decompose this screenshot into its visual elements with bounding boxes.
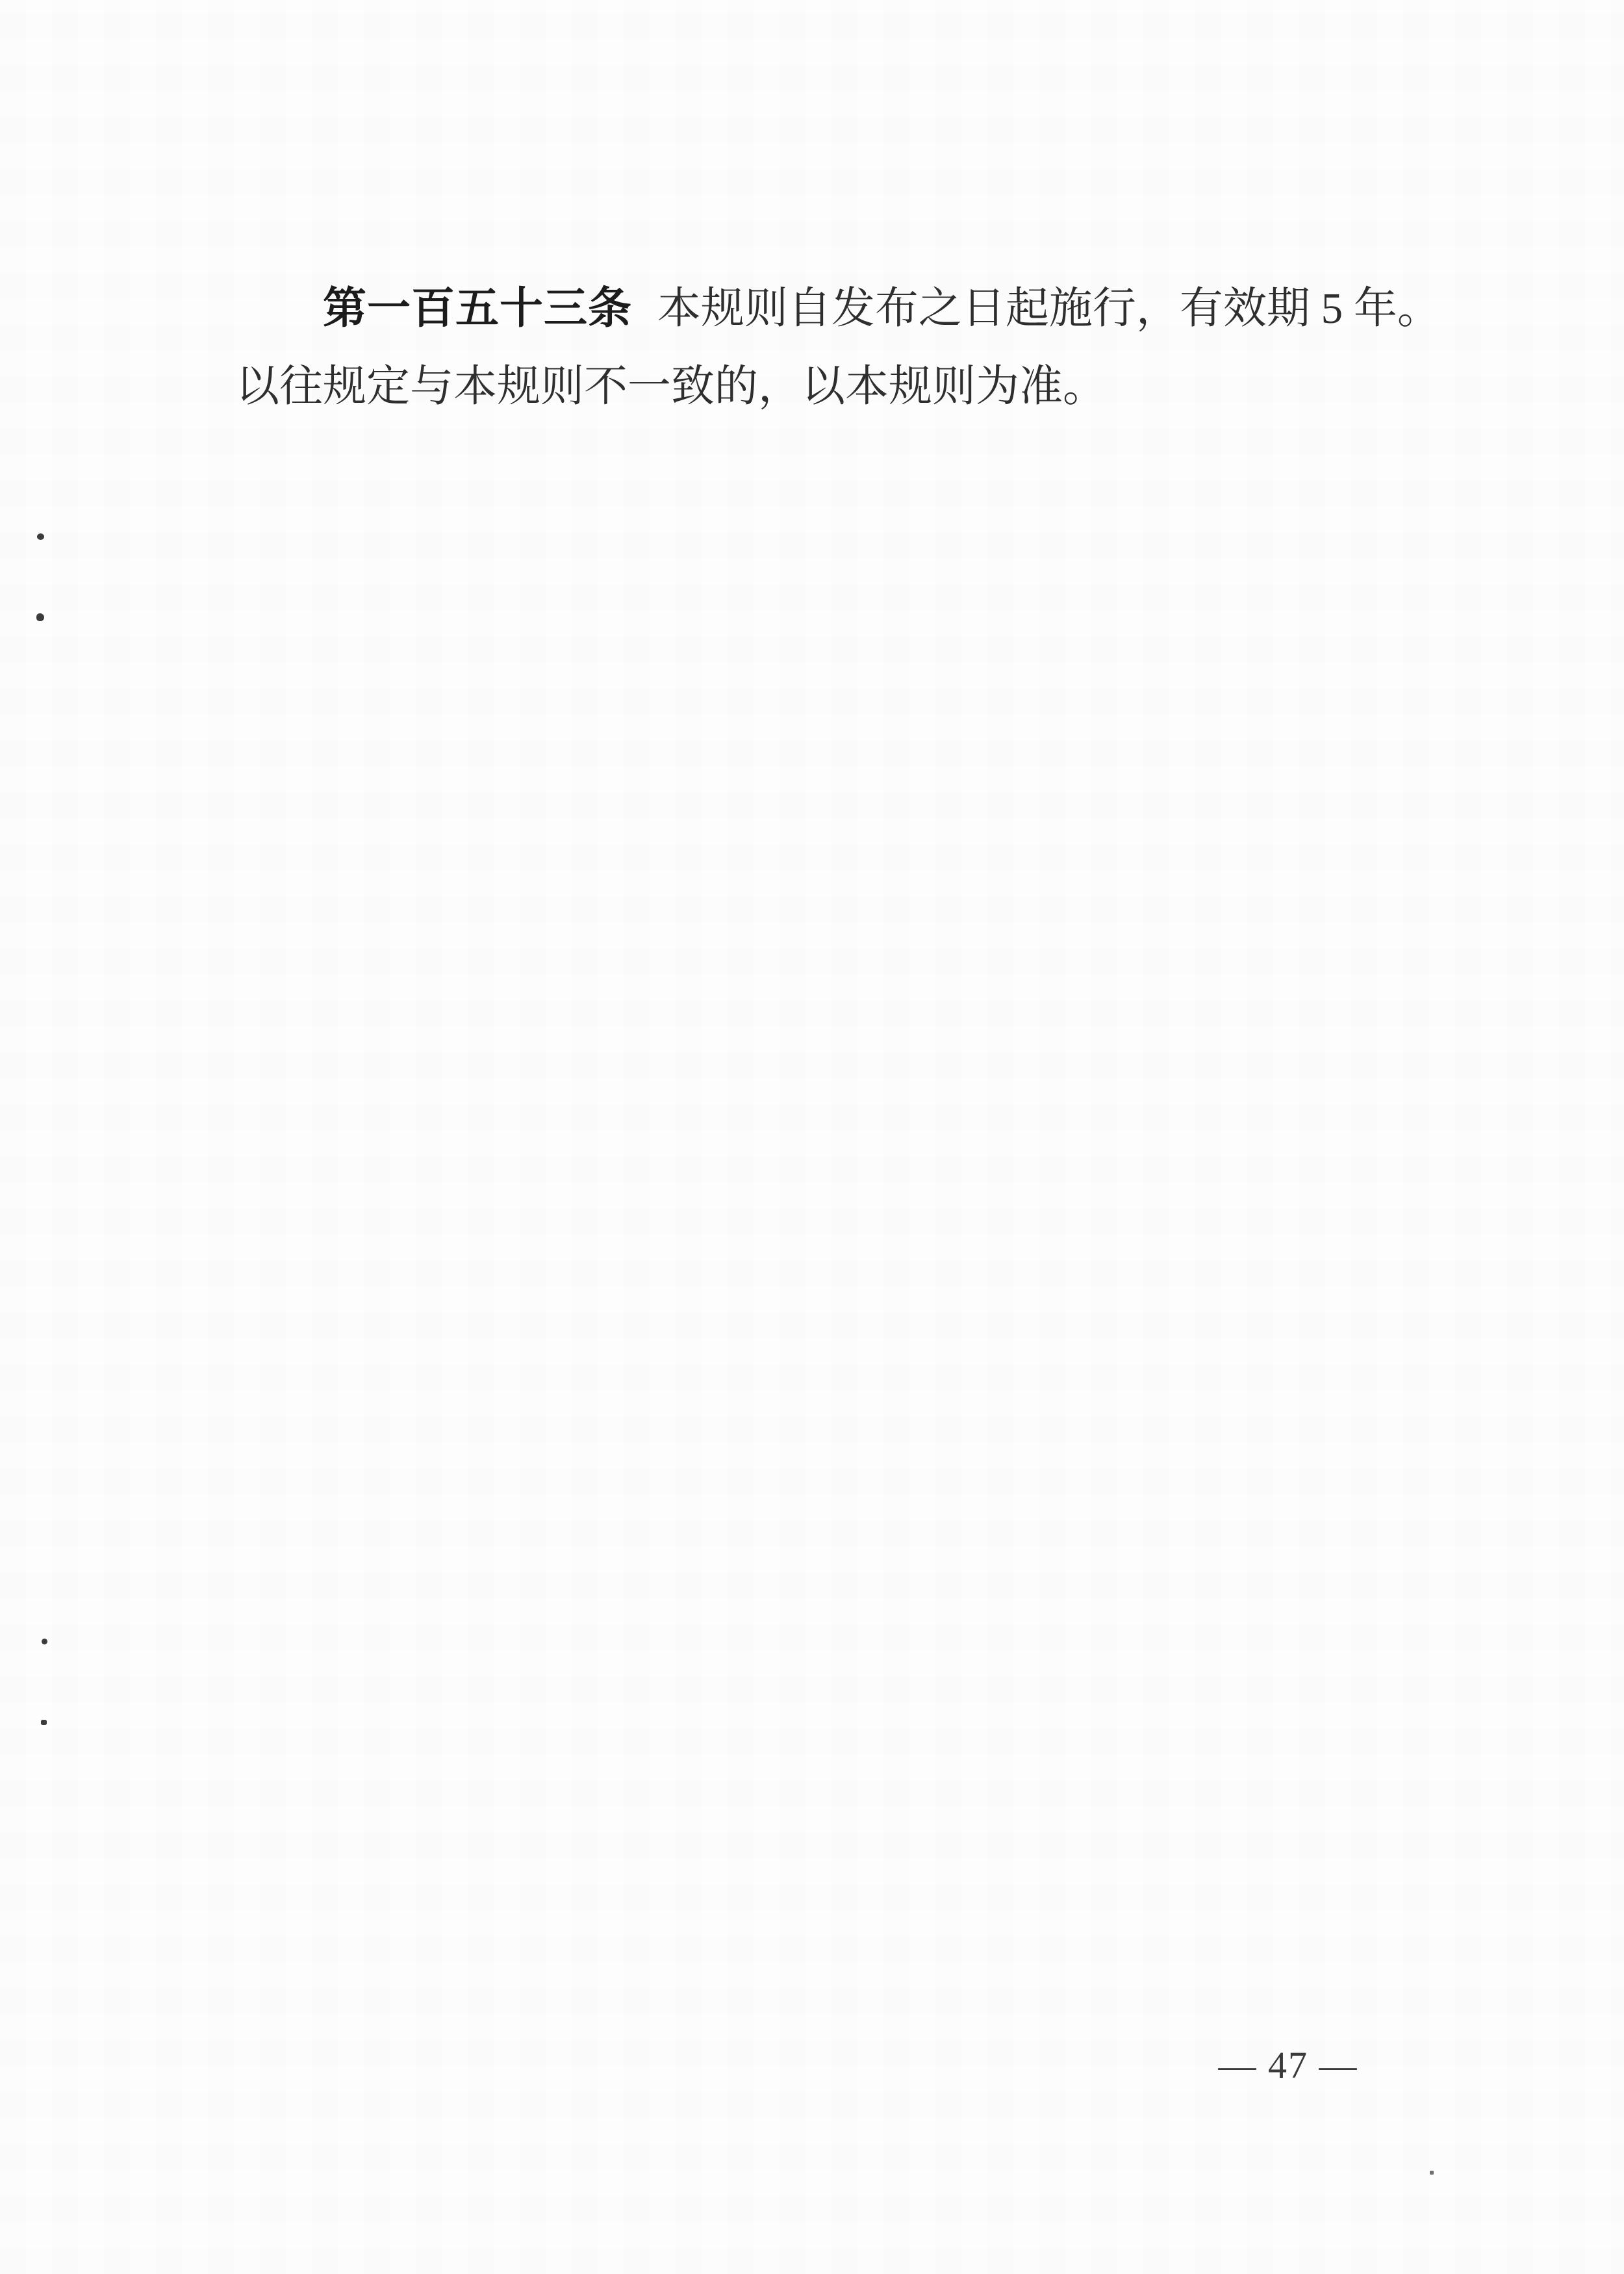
ink-speck	[1430, 2171, 1434, 2175]
article-paragraph: 第一百五十三条本规则自发布之日起施行，有效期 5 年。 以往规定与本规则不一致的…	[236, 270, 1415, 426]
article-text-line-1: 本规则自发布之日起施行，有效期 5 年。	[657, 285, 1441, 333]
ink-speck	[37, 533, 44, 540]
page-number: — 47 —	[1202, 2044, 1375, 2087]
ink-speck	[41, 1720, 47, 1725]
article-text-line-2: 以往规定与本规则不一致的，以本规则为准。	[236, 363, 1106, 411]
ink-speck	[36, 613, 44, 621]
document-page: 第一百五十三条本规则自发布之日起施行，有效期 5 年。 以往规定与本规则不一致的…	[0, 0, 1624, 2274]
ink-speck	[42, 1639, 47, 1644]
paragraph-line-2: 以往规定与本规则不一致的，以本规则为准。	[236, 348, 1415, 426]
article-number: 第一百五十三条	[323, 284, 632, 333]
paragraph-line-1: 第一百五十三条本规则自发布之日起施行，有效期 5 年。	[236, 270, 1415, 348]
